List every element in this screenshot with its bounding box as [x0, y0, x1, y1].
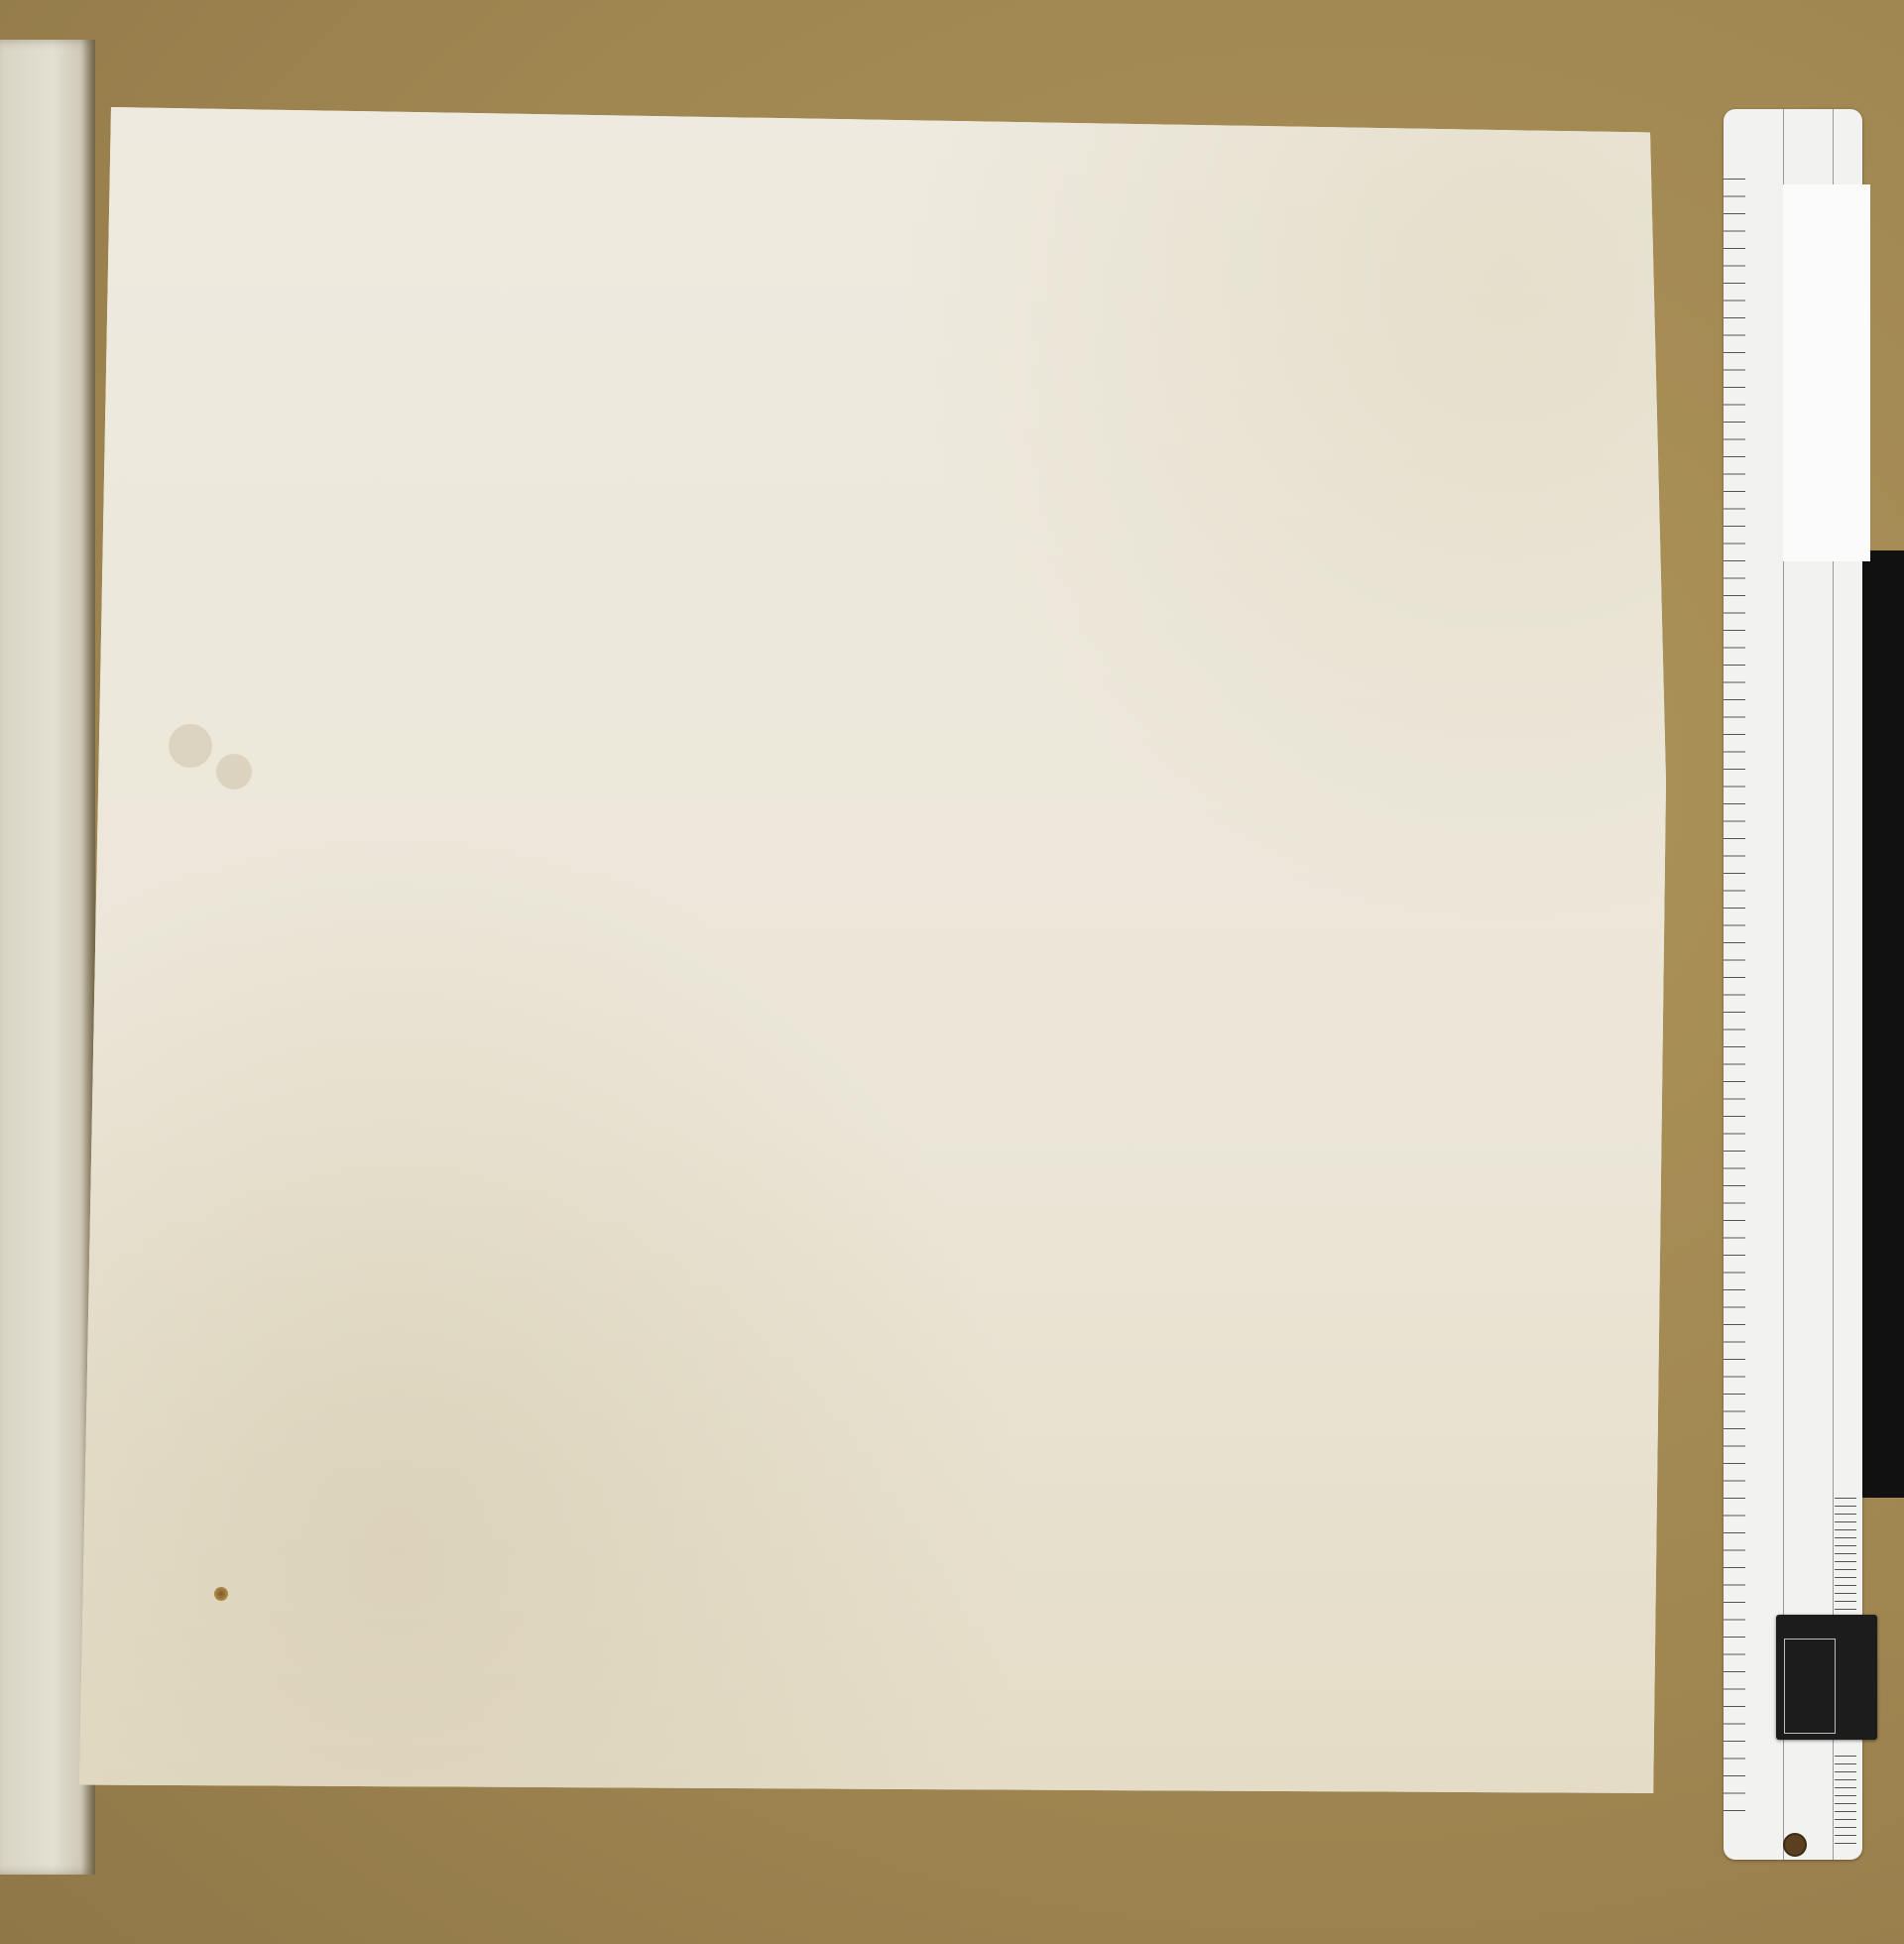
stain	[216, 754, 252, 790]
ruler-paper-strip	[1783, 184, 1870, 561]
facing-page-edge	[0, 40, 95, 1875]
pinhole	[214, 1587, 228, 1601]
stain	[169, 724, 212, 768]
british-library-badge	[1776, 1615, 1877, 1740]
cm-scale	[1724, 179, 1771, 1825]
badge-frame	[1784, 1639, 1836, 1734]
ruler-hole	[1783, 1833, 1807, 1857]
manuscript-leaf	[79, 107, 1666, 1793]
measuring-ruler	[1724, 109, 1862, 1860]
small-scale-lower	[1835, 1756, 1856, 1845]
